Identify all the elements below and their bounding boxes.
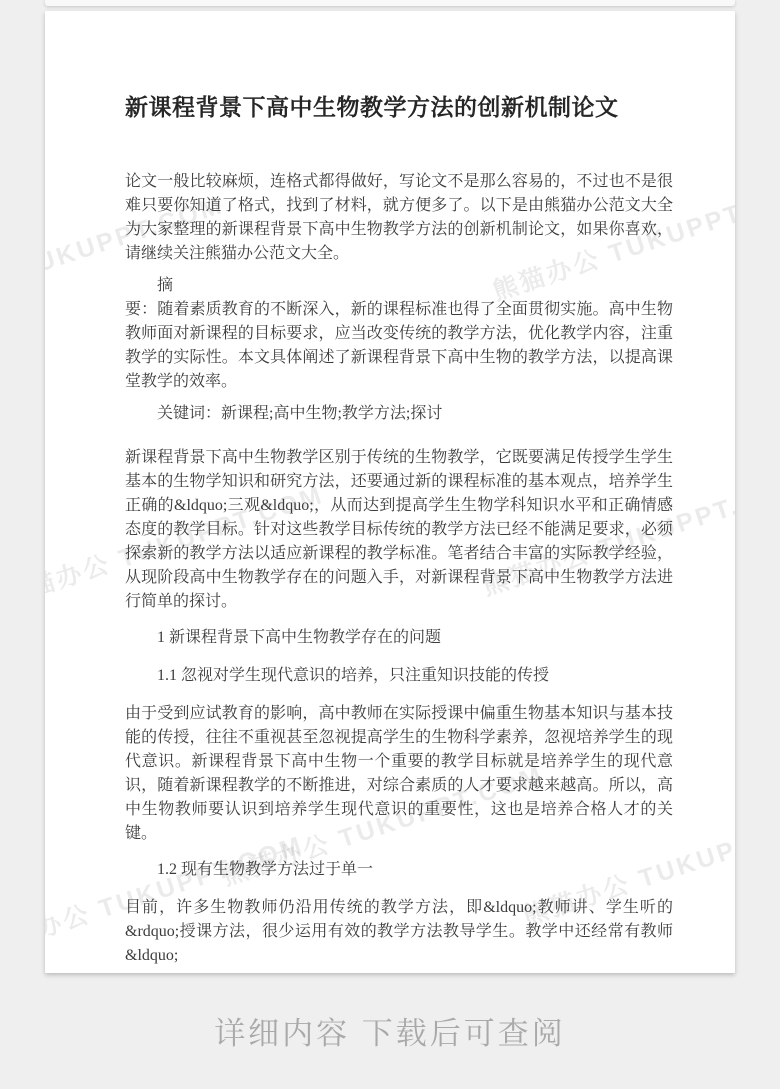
body-paragraph-3: 目前，许多生物教师仍沿用传统的教学方法，即&ldquo;教师讲、学生听的&rdq…: [125, 896, 673, 968]
intro-paragraph: 论文一般比较麻烦，连格式都得做好，写论文不是那么容易的，不过也不是很难只要你知道…: [125, 170, 673, 266]
document-preview-stage[interactable]: 熊猫办公 TUKUPPT.COM熊猫办公 TUKUPPT.COM熊猫办公 TUK…: [0, 0, 780, 1089]
section-heading-1: 1 新课程背景下高中生物教学存在的问题: [125, 626, 673, 650]
section-heading-1-1: 1.1 忽视对学生现代意识的培养，只注重知识技能的传授: [125, 664, 673, 688]
body-paragraph-1: 新课程背景下高中生物教学区别于传统的生物教学，它既要满足传授学生学生基本的生物学…: [125, 446, 673, 614]
abstract-label: 摘: [125, 274, 673, 298]
previous-page-edge: [45, 0, 735, 6]
document-page: 熊猫办公 TUKUPPT.COM熊猫办公 TUKUPPT.COM熊猫办公 TUK…: [45, 11, 735, 973]
document-content: 新课程背景下高中生物教学方法的创新机制论文 论文一般比较麻烦，连格式都得做好，写…: [125, 91, 673, 973]
keywords-line: 关键词：新课程;高中生物;教学方法;探讨: [125, 402, 673, 426]
section-heading-1-2: 1.2 现有生物教学方法过于单一: [125, 858, 673, 882]
body-paragraph-2: 由于受到应试教育的影响，高中教师在实际授课中偏重生物基本知识与基本技能的传授，往…: [125, 702, 673, 846]
abstract-paragraph: 要：随着素质教育的不断深入，新的课程标准也得了全面贯彻实施。高中生物教师面对新课…: [125, 298, 673, 394]
document-title: 新课程背景下高中生物教学方法的创新机制论文: [125, 91, 673, 125]
download-notice: 详细内容 下载后可查阅: [0, 1008, 780, 1053]
